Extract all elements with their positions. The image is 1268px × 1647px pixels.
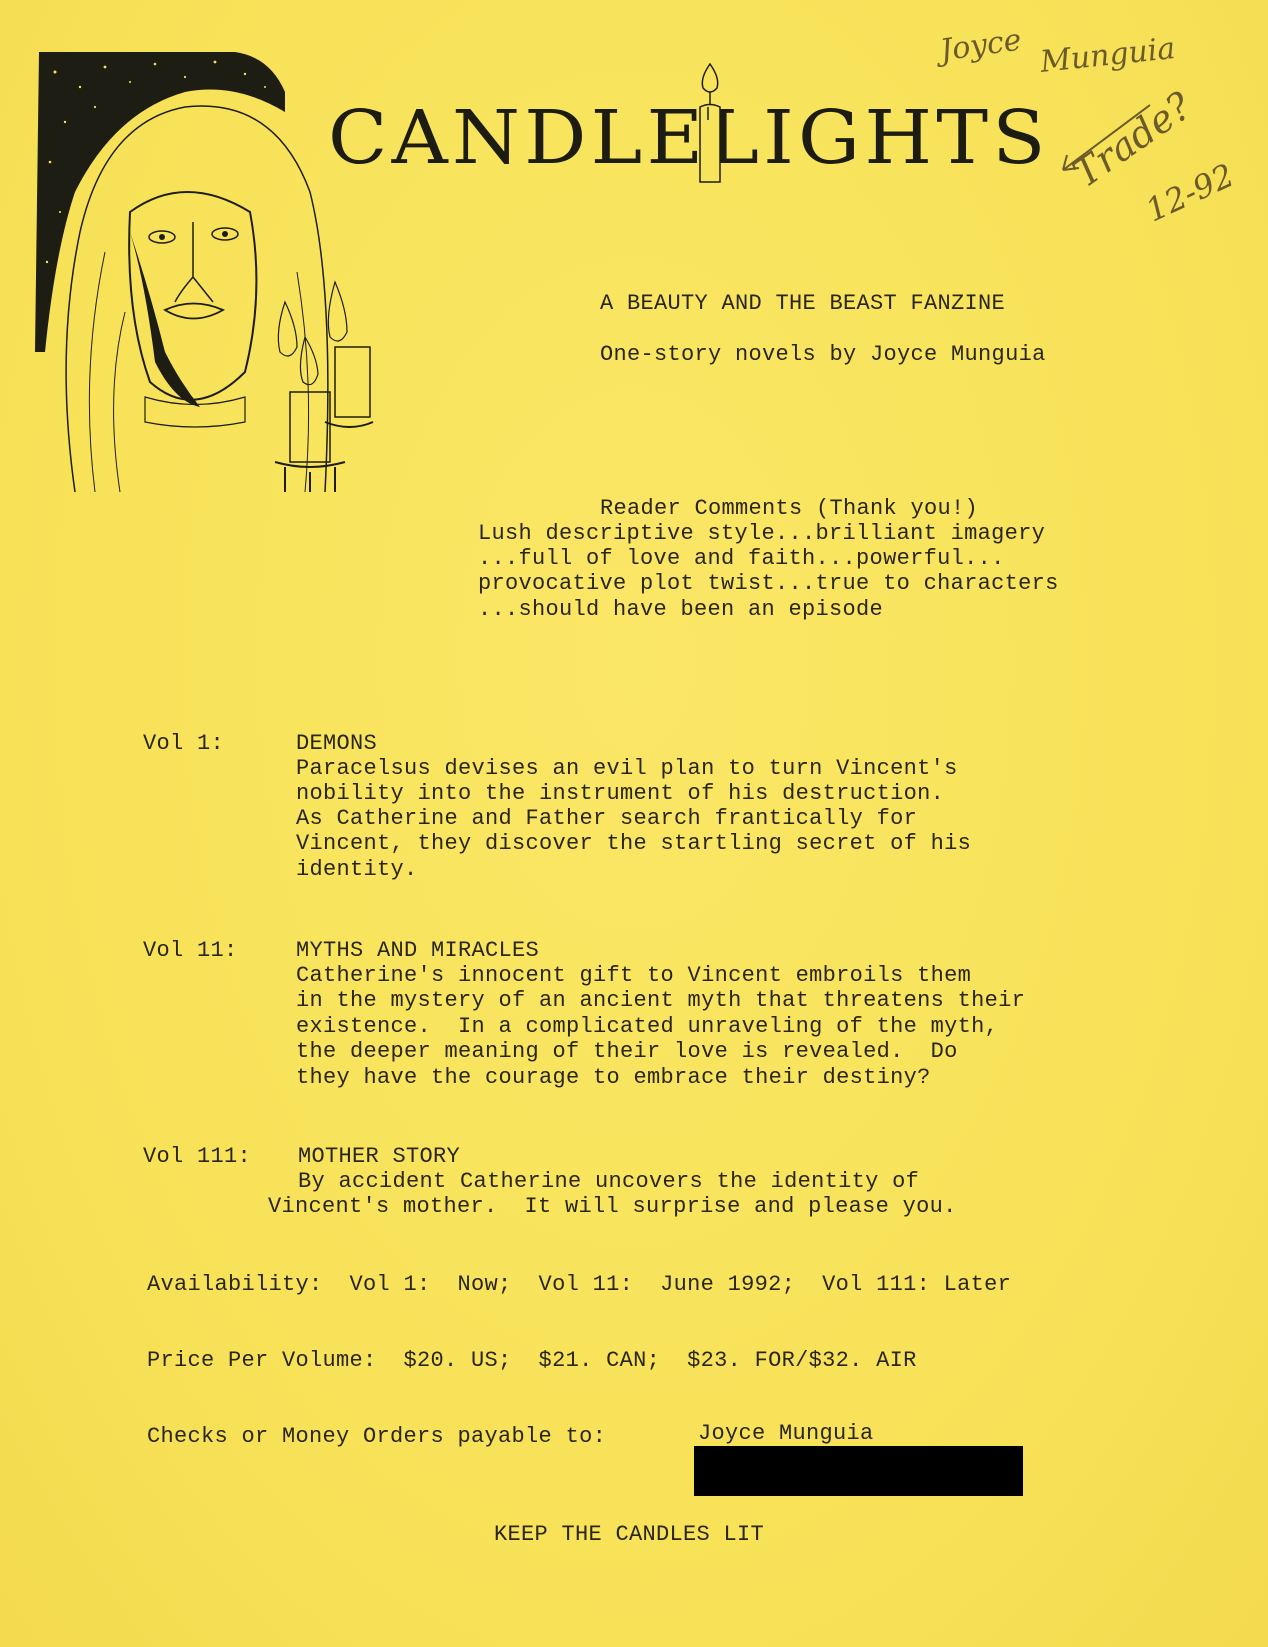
vol1-line: nobility into the instrument of his dest…: [296, 781, 944, 807]
reader-comment-line: ...full of love and faith...powerful...: [478, 546, 1005, 572]
availability-line: Availability: Vol 1: Now; Vol 11: June 1…: [147, 1272, 1011, 1298]
masthead-title: CANDLELIGHTS: [328, 95, 1050, 181]
vol2-line: existence. In a complicated unraveling o…: [296, 1014, 998, 1040]
reader-comment-line: Lush descriptive style...brilliant image…: [478, 521, 1045, 547]
vol1-line: identity.: [296, 857, 418, 883]
vincent-illustration: [35, 52, 375, 494]
vol2-label: Vol 11:: [143, 938, 238, 964]
vol1-title: DEMONS: [296, 731, 377, 757]
vol3-title: MOTHER STORY: [298, 1144, 460, 1170]
byline: One-story novels by Joyce Munguia: [600, 342, 1046, 368]
reader-comment-line: ...should have been an episode: [478, 597, 883, 623]
vol3-line: By accident Catherine uncovers the ident…: [298, 1169, 919, 1195]
vol1-line: Paracelsus devises an evil plan to turn …: [296, 756, 958, 782]
vol1-line: As Catherine and Father search frantical…: [296, 806, 917, 832]
vol1-line: Vincent, they discover the startling sec…: [296, 831, 971, 857]
footer-slogan: KEEP THE CANDLES LIT: [494, 1522, 764, 1548]
payable-label: Checks or Money Orders payable to:: [147, 1424, 606, 1450]
vol2-line: Catherine's innocent gift to Vincent emb…: [296, 963, 971, 989]
vol1-label: Vol 1:: [143, 731, 224, 757]
vol3-label: Vol 111:: [143, 1144, 251, 1170]
vol2-line: the deeper meaning of their love is reve…: [296, 1039, 958, 1065]
candle-icon: [690, 62, 730, 187]
redacted-address: [694, 1446, 1023, 1496]
vol2-title: MYTHS AND MIRACLES: [296, 938, 539, 964]
vol2-line: in the mystery of an ancient myth that t…: [296, 988, 1025, 1014]
reader-comments-heading: Reader Comments (Thank you!): [600, 496, 978, 522]
price-line: Price Per Volume: $20. US; $21. CAN; $23…: [147, 1348, 917, 1374]
subtitle: A BEAUTY AND THE BEAST FANZINE: [600, 291, 1005, 317]
reader-comment-line: provocative plot twist...true to charact…: [478, 571, 1059, 597]
vol3-line: Vincent's mother. It will surprise and p…: [268, 1194, 957, 1220]
vol2-line: they have the courage to embrace their d…: [296, 1065, 931, 1091]
payable-name: Joyce Munguia: [698, 1421, 874, 1447]
